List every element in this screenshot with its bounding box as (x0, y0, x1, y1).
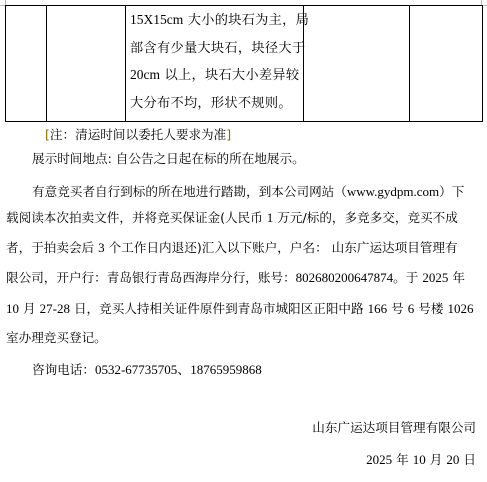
body-line-6: 室办理竞买登记。 (6, 330, 107, 346)
contact-phone: 咨询电话：0532-67735705、18765959868 (32, 362, 262, 378)
description-line: 15X15cm 大小的块石为主，局 (130, 6, 303, 34)
table-cell-col2 (47, 6, 126, 122)
display-time-location: 展示时间地点: 自公告之日起在标的所在地展示。 (32, 151, 305, 167)
body-line-1: 有意竞买者自行到标的所在地进行踏勘，到本公司网站（www.gydpm.com）下 (32, 184, 464, 200)
table-cell-col1 (6, 6, 47, 122)
lot-table: 15X15cm 大小的块石为主，局 部含有少量大块石，块径大于 20cm 以上，… (5, 5, 483, 122)
table-row: 15X15cm 大小的块石为主，局 部含有少量大块石，块径大于 20cm 以上，… (6, 6, 483, 122)
body-line-5: 10 月 27-28 日，竞买人持相关证件原件到青岛市城阳区正阳中路 166 号… (6, 301, 473, 317)
body-line-3: 者，于拍卖会后 3 个工作日内退还)汇入以下账户，户名： 山东广运达项目管理有 (6, 240, 458, 256)
body-line-2: 载阅读本次拍卖文件，并将竞买保证金(人民币 1 万元/标的，多竞多交，竞买不成 (6, 210, 458, 226)
note-line: [注：清运时间以委托人要求为准] (45, 127, 231, 143)
account-number: 802680200647874 (296, 270, 394, 285)
description-line: 20cm 以上，块石大小差异较 (130, 61, 303, 89)
table-cell-description: 15X15cm 大小的块石为主，局 部含有少量大块石，块径大于 20cm 以上，… (126, 6, 304, 122)
website-link[interactable]: www.gydpm.com (347, 184, 439, 199)
signature-date: 2025 年 10 月 20 日 (366, 452, 476, 468)
table-cell-col4 (304, 6, 410, 122)
description-line: 部含有少量大块石，块径大于 (130, 34, 303, 62)
table-cell-col5 (410, 6, 483, 122)
body-line-4: 限公司，开户行：青岛银行青岛西海岸分行，账号：802680200647874。于… (6, 270, 465, 286)
signature-company: 山东广运达项目管理有限公司 (312, 420, 476, 436)
description-line: 大分布不均，形状不规则。 (130, 89, 303, 117)
